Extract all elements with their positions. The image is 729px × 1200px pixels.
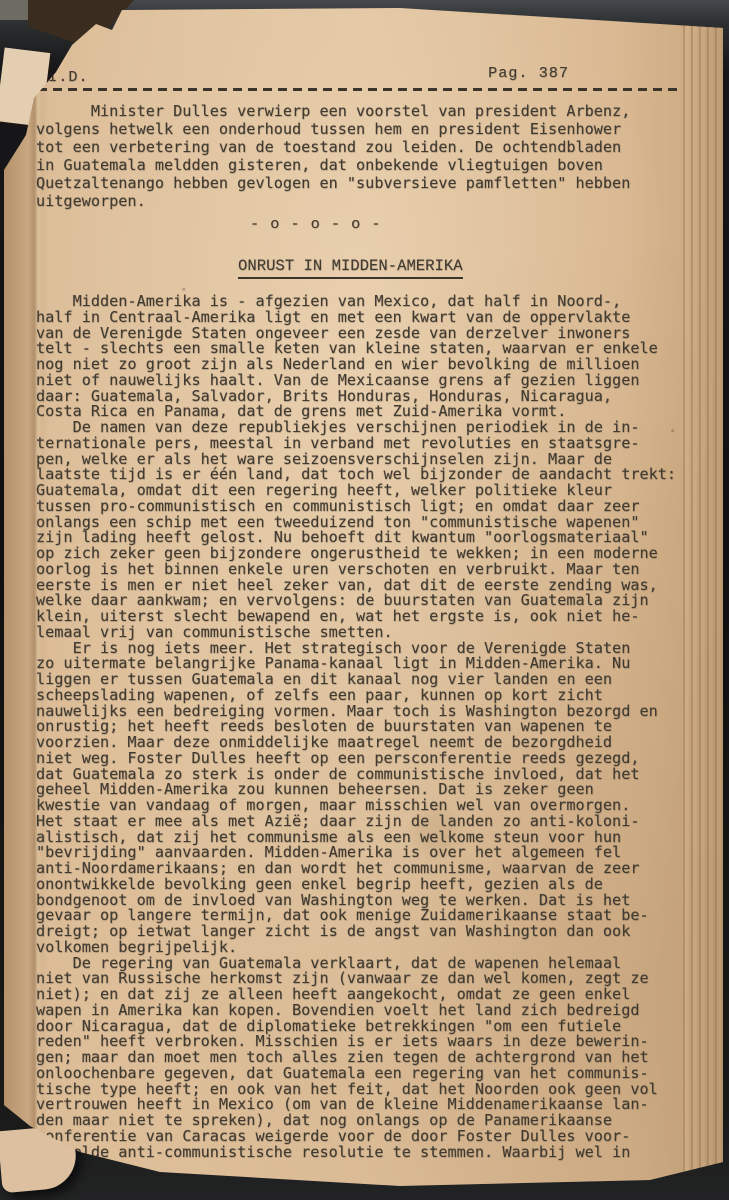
article-paragraph-4: De regering van Guatemala verklaart, dat… — [36, 956, 687, 1161]
page-content: .I.D. Pag. 387 Minister Dulles verwierp … — [4, 6, 723, 1160]
article-title: ONRUST IN MIDDEN-AMERIKA — [238, 256, 463, 279]
page-header: .I.D. Pag. 387 — [36, 62, 687, 92]
scan-background: .I.D. Pag. 387 Minister Dulles verwierp … — [0, 0, 729, 1200]
document-page: .I.D. Pag. 387 Minister Dulles verwierp … — [4, 6, 723, 1186]
article-paragraph-3: Er is nog iets meer. Het strategisch voo… — [36, 641, 687, 956]
article-title-row: ONRUST IN MIDDEN-AMERIKA — [36, 256, 687, 279]
article-paragraph-1: Midden-Amerika is - afgezien van Mexico,… — [36, 294, 687, 420]
intro-paragraph: Minister Dulles verwierp een voorstel va… — [36, 102, 687, 210]
dashed-rule — [38, 88, 679, 91]
section-separator: - o - o - o - — [36, 216, 687, 232]
page-number-label: Pag. 387 — [488, 64, 569, 82]
article-paragraph-2: De namen van deze republiekjes verschijn… — [36, 420, 687, 641]
